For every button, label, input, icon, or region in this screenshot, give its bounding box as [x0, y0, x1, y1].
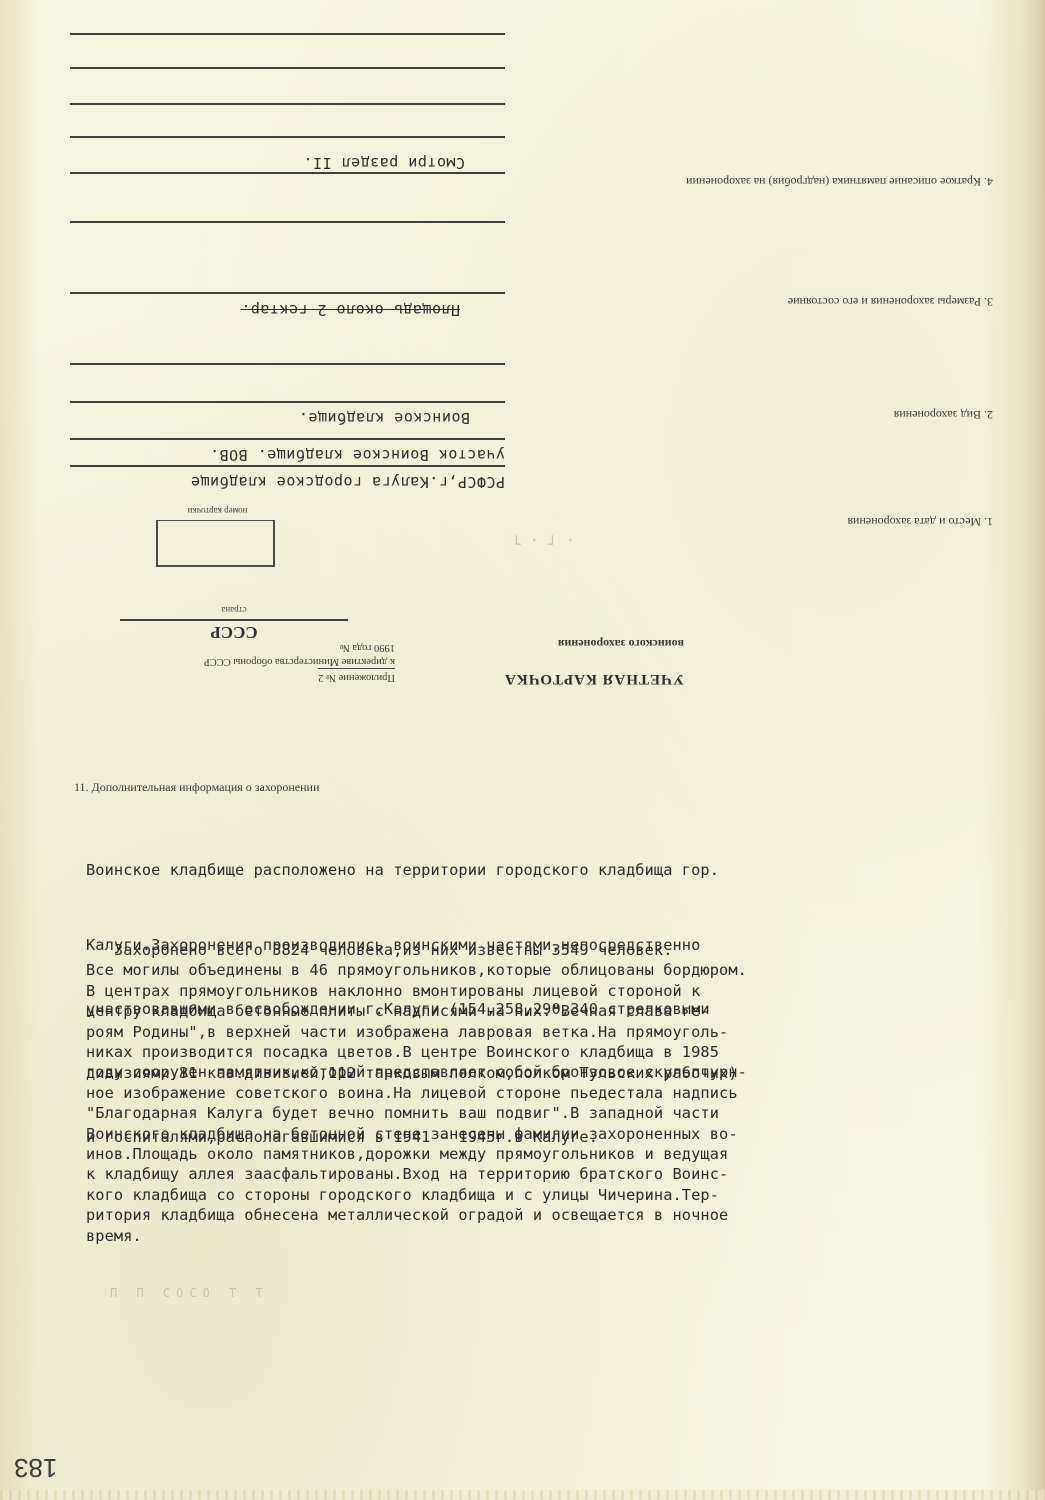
paragraph-line: центру кладбища бетонные плиты с надпися…: [86, 1001, 1021, 1021]
paragraph-line: инов.Площадь около памятников,дорожки ме…: [86, 1144, 1021, 1164]
form-rule: [70, 438, 505, 440]
field-label-place-date: 1. Место и дата захоронения: [847, 514, 993, 529]
paragraph-line: роям Родины",в верхней части изображена …: [86, 1022, 1021, 1042]
card-front-inverted: УЧЕТНАЯ КАРТОЧКА воинского захоронения П…: [0, 0, 1045, 745]
form-rule: [70, 67, 505, 69]
appendix-line-2: к директиве Министерства обороны СССР: [155, 654, 395, 668]
faint-bleedthrough: П П СОСО Т Т: [110, 1286, 269, 1300]
paragraph-line: Воинское кладбище расположено на террито…: [86, 859, 1021, 881]
paragraph-line: Все могилы объединены в 46 прямоугольник…: [86, 960, 1021, 980]
paragraph-line: ритория кладбища обнесена металлической …: [86, 1205, 1021, 1225]
paragraph-line: году сооружен памятник,который представл…: [86, 1062, 1021, 1082]
card-title: УЧЕТНАЯ КАРТОЧКА: [504, 670, 684, 687]
field-label-burial-type: 2. Вид захоронения: [894, 407, 993, 422]
form-rule: [70, 465, 505, 467]
paragraph-line: к кладбищу аллея заасфальтированы.Вход н…: [86, 1164, 1021, 1184]
card-number-box: [156, 520, 275, 567]
card-subtitle: воинского захоронения: [558, 636, 684, 651]
field-label-monument: 4. Краткое описание памятника (надгробия…: [573, 174, 993, 189]
faint-mark: . ┌ . ┐: [512, 535, 575, 553]
form-rule: [70, 33, 505, 35]
paragraph-line: кого кладбища со стороны городского клад…: [86, 1185, 1021, 1205]
appendix-line-1: Приложение № 2: [318, 668, 395, 684]
form-rule: [70, 136, 505, 138]
paragraph-line: "Благодарная Калуга будет вечно помнить …: [86, 1103, 1021, 1123]
form-rule: [70, 292, 505, 294]
appendix-note: Приложение № 2 к директиве Министерства …: [155, 640, 395, 684]
form-rule: [70, 221, 505, 223]
paragraph-line: никах производится посадка цветов.В цент…: [86, 1042, 1021, 1062]
paragraph-line: Захоронено всего 3824 человека,из них из…: [86, 940, 1021, 960]
appendix-line-3: 1990 года №: [155, 640, 395, 654]
form-rule: [70, 363, 505, 365]
form-rule: [70, 103, 505, 105]
field-value-size: Площадь около 2 гектар.: [241, 301, 460, 319]
card-number-label: номер карточки: [160, 506, 275, 516]
field-value-burial-type: Воинское кладбище.: [298, 409, 470, 427]
paragraph-line: В центрах прямоугольников наклонно вмонт…: [86, 981, 1021, 1001]
country-value: СССР: [120, 619, 348, 642]
country-label: страна: [120, 605, 348, 615]
section-11-heading: 11. Дополнительная информация о захороне…: [74, 780, 319, 795]
field-value-place-line1: РСФСР,г.Калуга городское кладбище: [190, 473, 505, 491]
section-11-paragraph-2: Захоронено всего 3824 человека,из них из…: [86, 940, 1021, 1246]
paragraph-line: ное изображение советского воина.На лице…: [86, 1083, 1021, 1103]
field-value-monument: Смотри раздел II.: [303, 154, 465, 172]
field-value-place-line2: участок Воинское кладбище. ВОВ.: [210, 446, 505, 464]
paragraph-line: время.: [86, 1226, 1021, 1246]
field-label-size-condition: 3. Размеры захоронения и его состояние: [788, 294, 993, 309]
paragraph-line: Воинского кладбища на бетонной стене зан…: [86, 1124, 1021, 1144]
page-number: 183: [14, 1452, 57, 1483]
paper-bottom-edge: [0, 1490, 1045, 1500]
form-rule: [70, 401, 505, 403]
form-rule: [70, 172, 505, 174]
